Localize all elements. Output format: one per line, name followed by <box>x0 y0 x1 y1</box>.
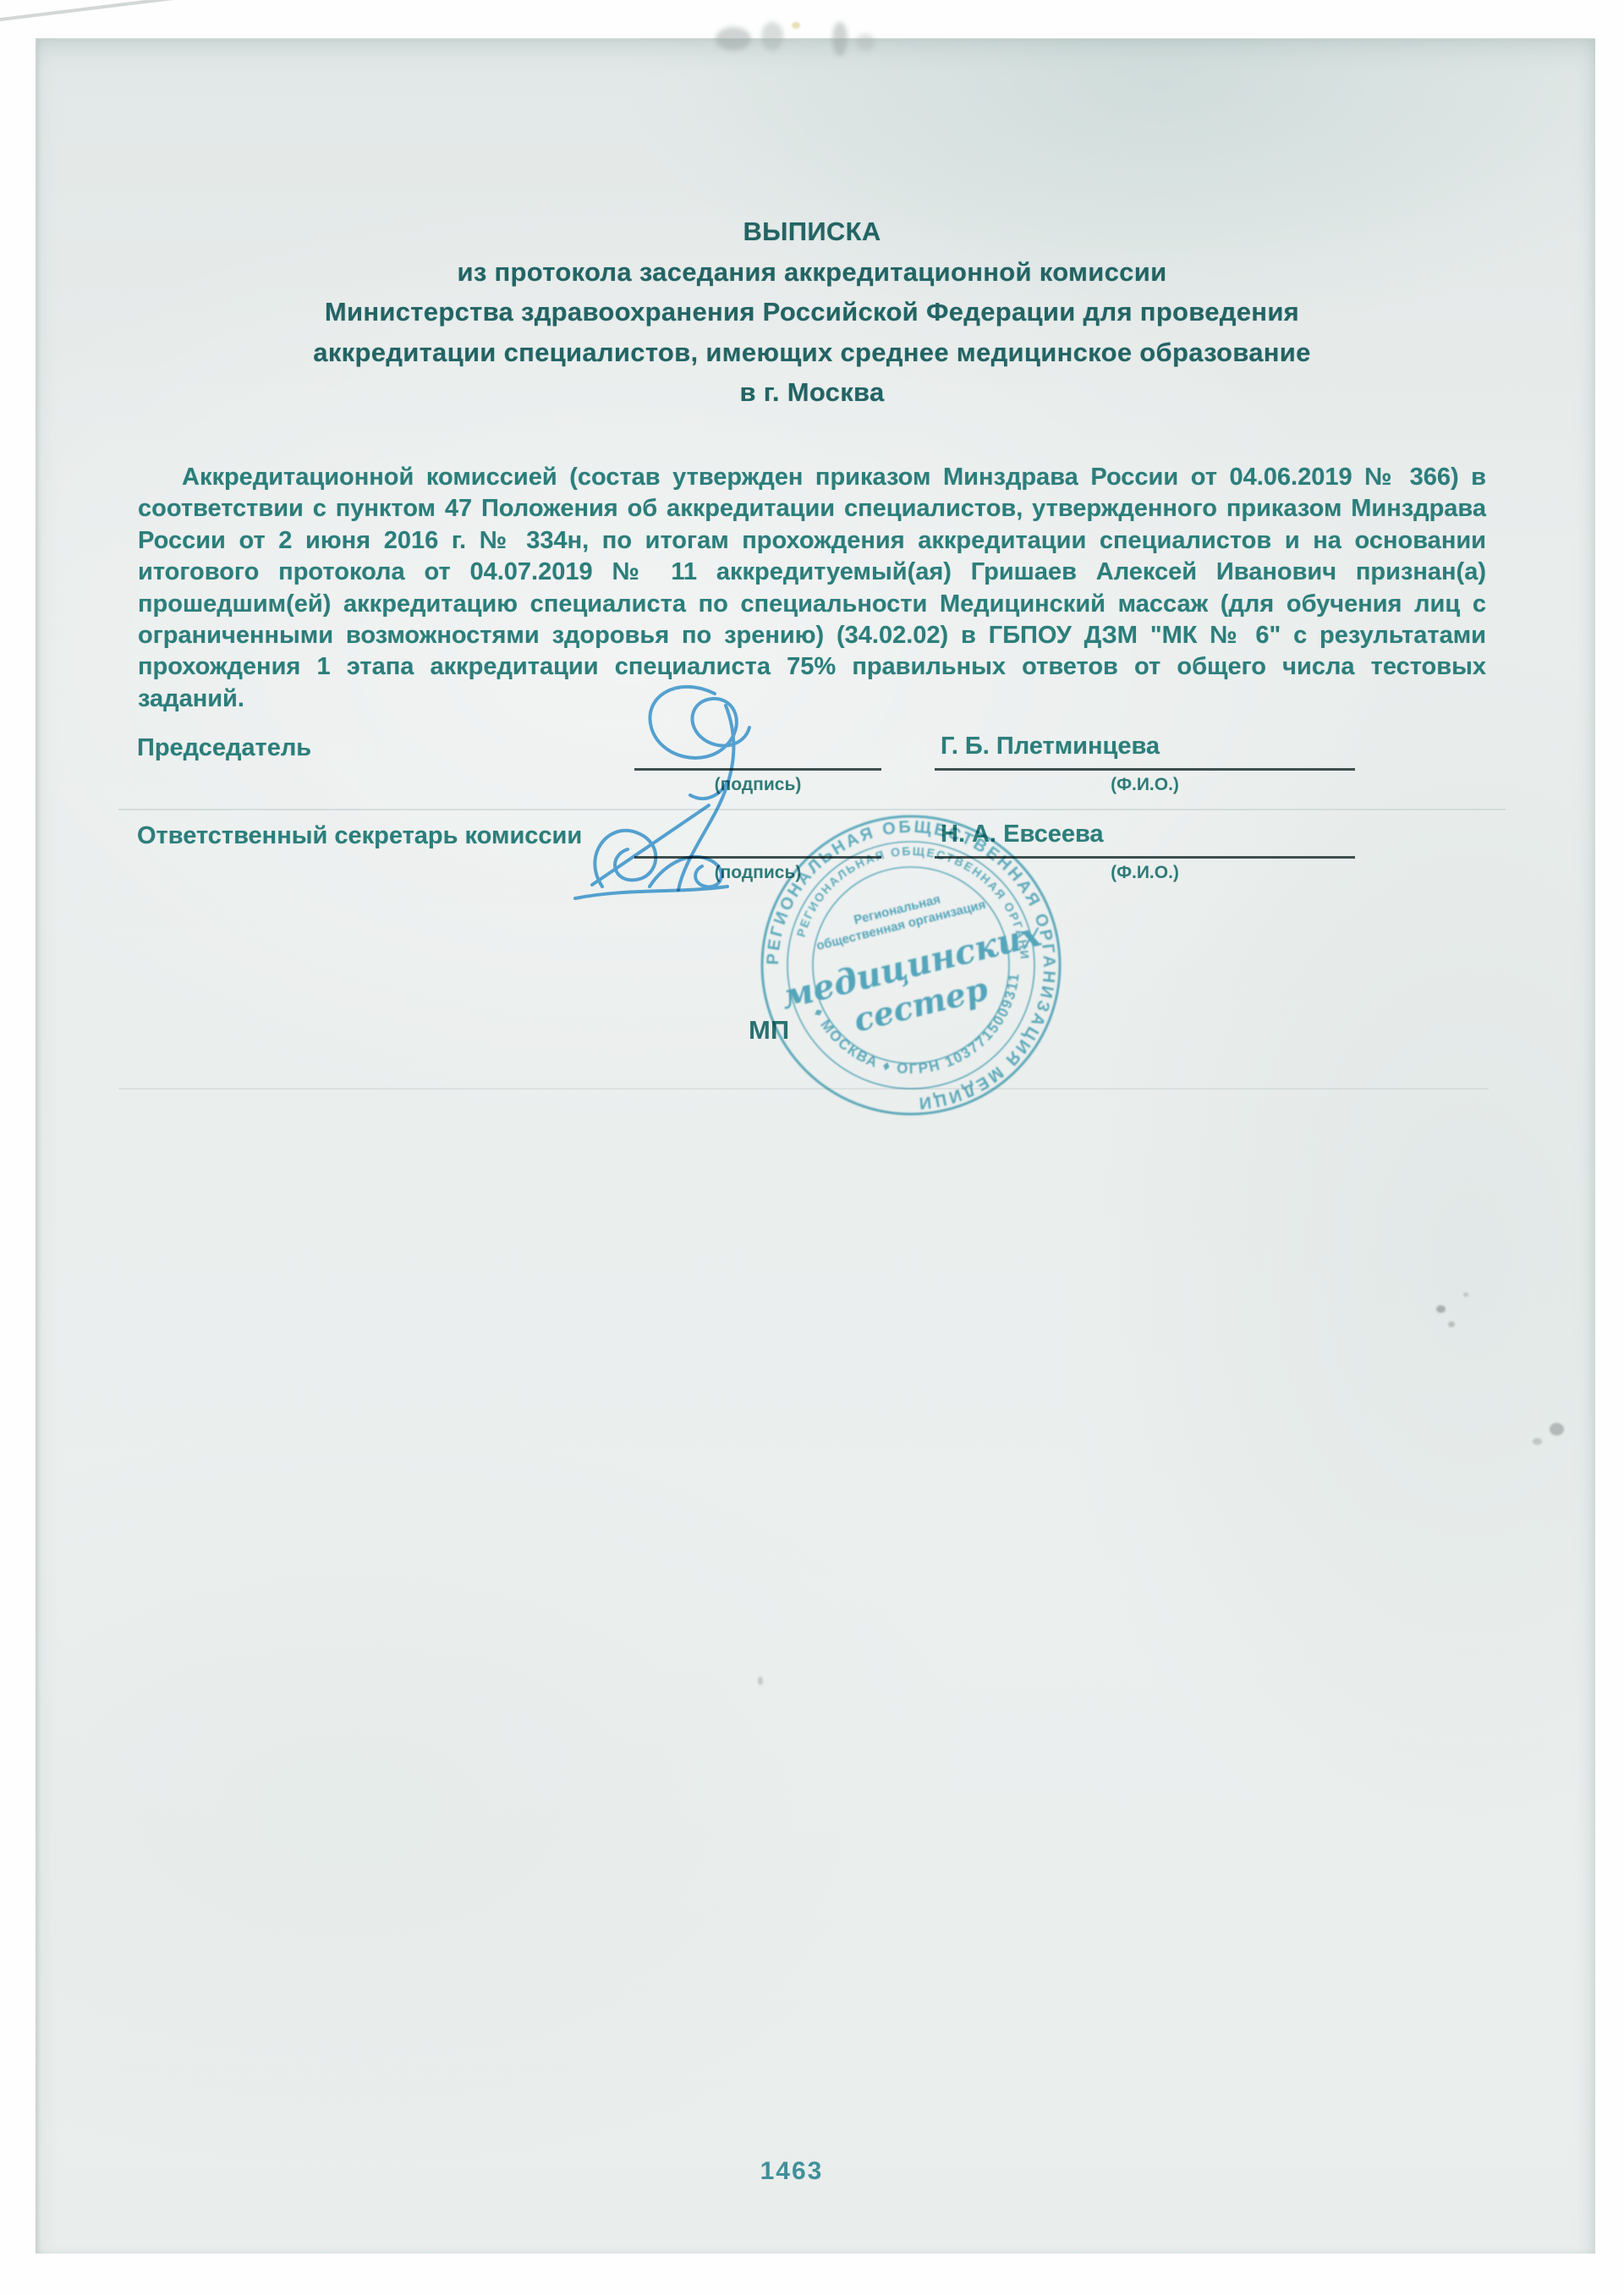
scan-smudge <box>832 22 848 56</box>
title-line: аккредитации специалистов, имеющих средн… <box>137 332 1487 373</box>
paragraph-line: ограниченными возможностями здоровья по … <box>138 620 1486 651</box>
scan-smudge <box>761 22 783 51</box>
paragraph-line: соответствии с пунктом 47 Положения об а… <box>138 493 1486 524</box>
scanned-document-page: ВЫПИСКА из протокола заседания аккредита… <box>0 0 1624 2295</box>
scan-speck <box>758 1677 763 1685</box>
scan-smudge <box>856 34 875 51</box>
title-line: Министерства здравоохранения Российской … <box>137 292 1487 332</box>
chairman-name: Г. Б. Плетминцева <box>941 733 1160 760</box>
scan-speck <box>1436 1305 1446 1313</box>
paragraph-line: прошедшим(ей) аккредитацию специалиста п… <box>138 589 1486 620</box>
secretary-role-label: Ответственный секретарь комиссии <box>137 822 582 850</box>
scanner-edge-artifact <box>0 0 195 23</box>
scan-speck <box>1463 1293 1468 1297</box>
scan-smudge <box>716 27 751 51</box>
scan-smudge <box>792 22 800 29</box>
title-line: ВЫПИСКА <box>137 211 1487 252</box>
title-line: в г. Москва <box>137 372 1487 413</box>
chairman-role-label: Председатель <box>137 734 311 762</box>
fio-rule <box>935 768 1355 771</box>
scan-speck <box>1550 1423 1564 1436</box>
paragraph-line: России от 2 июня 2016 г. № 334н, по итог… <box>138 525 1486 557</box>
paragraph-line: итогового протокола от 04.07.2019 № 11 а… <box>138 557 1486 588</box>
document-title-block: ВЫПИСКА из протокола заседания аккредита… <box>137 211 1487 413</box>
page-number: 1463 <box>741 2157 842 2186</box>
scan-speck <box>1533 1438 1542 1445</box>
paragraph-line: Аккредитационной комиссией (состав утвер… <box>138 462 1486 493</box>
title-line: из протокола заседания аккредитационной … <box>137 252 1487 293</box>
scan-speck <box>1448 1321 1455 1327</box>
fio-caption: (Ф.И.О.) <box>935 775 1355 795</box>
organization-stamp: РЕГИОНАЛЬНАЯ ОБЩЕСТВЕННАЯ ОРГАНИЗАЦИЯ МЕ… <box>749 804 1073 1127</box>
